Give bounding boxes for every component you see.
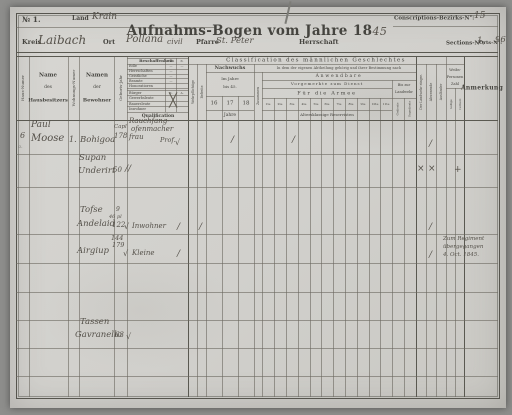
class-label: 5te	[313, 102, 318, 105]
grid-vline	[404, 98, 405, 397]
year-value: 179	[112, 241, 124, 249]
age-17: 17	[226, 100, 233, 106]
resident-name: Bohigoa	[80, 135, 115, 145]
qualification-note: Inwohner	[132, 222, 166, 230]
grid-vline	[238, 96, 239, 397]
qual-row2: Bürger	[129, 91, 141, 95]
resident-name: Tofse	[80, 205, 103, 215]
nachwuchs-bis45: bis 45.	[223, 85, 237, 89]
qualification-note: Kleine	[132, 249, 155, 257]
qual-dash: —	[169, 74, 172, 77]
class-label: 11te	[383, 102, 390, 105]
landwehr-sub-2: Ungediente	[408, 101, 411, 118]
scanned-census-sheet: № 1. Land Krain Conscriptions-Bezirks-N°…	[0, 0, 512, 415]
qual-zahl: Zahl	[167, 59, 174, 62]
nachwuchs-header: Nachwuchs	[215, 65, 246, 70]
qual-a: A.	[180, 91, 183, 94]
weiber-header-2: Personen	[447, 75, 463, 79]
col-bewohner-1: Namen	[86, 72, 108, 78]
grid-vline	[416, 56, 417, 397]
grid-vline	[274, 98, 275, 397]
grid-vline	[188, 56, 189, 397]
nachwuchs-jahre: Jahre	[224, 113, 236, 118]
class-label: 4te	[302, 102, 307, 105]
tally-slash: ∕	[429, 250, 432, 260]
tally-check: √	[175, 138, 180, 147]
qual-row2: Inwohner	[129, 107, 146, 111]
land-value: Krain	[92, 12, 117, 22]
ort-label: Ort	[103, 39, 115, 46]
resident-name: Supan	[79, 153, 106, 163]
col-befreite: Befreite	[200, 85, 204, 98]
grid-hline	[206, 96, 254, 97]
col-abwesende: Abwesende	[429, 83, 433, 102]
resident-name: Airgiup	[77, 246, 109, 256]
tally-slash: ∕	[231, 135, 234, 145]
margin-note-line2: übergegangen	[443, 244, 483, 250]
weiber-sub-verheir: verheir.	[458, 98, 461, 110]
weiber-header-1: Weibs-	[449, 68, 461, 72]
grid-vline	[392, 80, 393, 397]
class-label: 10te	[371, 102, 378, 105]
grid-vline	[357, 98, 358, 397]
grid-hline	[393, 26, 498, 27]
grid-hline	[16, 187, 498, 188]
tally-slash: ∕	[199, 222, 202, 232]
qualification-note-3: frau	[129, 133, 144, 141]
resident-name: Tassen	[80, 317, 109, 327]
age-18: 18	[242, 100, 249, 106]
owner-name-line2: Moose	[31, 133, 64, 144]
grid-hline	[262, 110, 392, 111]
qual-row: Edle	[129, 64, 137, 68]
class-label: 6te	[325, 102, 330, 105]
weiber-header-3: Zahl	[451, 82, 459, 86]
qual-cross-mark: ╳	[169, 94, 177, 109]
qual-dash: —	[169, 65, 172, 68]
grid-hline	[206, 110, 254, 111]
qual-row: Herrschaften	[129, 69, 153, 73]
year-value: 63	[115, 331, 124, 339]
grid-hline	[206, 72, 416, 73]
qual-row2: Gewerbsleute	[129, 96, 154, 100]
tally-check: √	[123, 249, 128, 258]
col-owner-3: Hausbesitzers	[28, 97, 68, 103]
weiber-sub-ledige: ledige	[449, 99, 452, 108]
land-label: Land	[72, 15, 89, 22]
qualification-note-4: Prof.	[160, 136, 176, 144]
dwelling-number: 1.	[69, 135, 77, 144]
tally-plus: +	[454, 165, 462, 175]
grid-vline	[464, 56, 465, 397]
grid-hline	[16, 376, 498, 377]
grid-vline	[333, 98, 334, 397]
grid-vline	[286, 98, 287, 397]
resident-name: Andelaid	[77, 219, 115, 229]
tally-slash: ∕	[177, 249, 180, 259]
class-label: 3te	[290, 102, 295, 105]
qualification-note-2: ofenmacher	[131, 125, 173, 133]
margin-note-line1: Zum Regiment	[443, 236, 484, 242]
qualification-note-1: Rauchfang-	[129, 117, 170, 125]
tally-check: √	[124, 222, 129, 231]
grid-vline	[321, 98, 322, 397]
class-label: 7te	[337, 102, 342, 105]
qual-dash: —	[169, 79, 172, 82]
grid-hline	[16, 120, 498, 121]
qual-fl: fl.	[181, 59, 184, 62]
grid-vline	[369, 98, 370, 397]
house-letter: a.	[18, 144, 23, 150]
landwehr-header-2: Landwehr	[395, 90, 413, 94]
anmerkung-header: Anmerkung	[461, 85, 503, 92]
grid-vline	[68, 56, 69, 397]
age-16: 16	[210, 100, 217, 106]
grid-vline	[298, 98, 299, 397]
class-label: 9te	[361, 102, 366, 105]
col-owner-1: Name	[39, 72, 57, 78]
grid-vline	[29, 56, 30, 397]
grid-hline	[127, 88, 188, 89]
tally-slash: ∕	[429, 222, 432, 232]
col-bewohner-2: der	[93, 85, 101, 90]
tally-double-slash: ∕∕	[125, 164, 131, 174]
form-title: Aufnahms-Bogen vom Jahre 1845	[127, 23, 388, 39]
qual-row: Beamte	[129, 79, 143, 83]
resident-name: Underirt	[78, 166, 115, 176]
kreis-value: Laibach	[38, 33, 86, 47]
orts-value: 96	[495, 35, 506, 45]
reservisten-header: Altersklassige Reservisten	[300, 113, 354, 117]
qual-row: Geistliche	[129, 74, 147, 78]
grid-hline	[16, 52, 498, 53]
grid-vline	[345, 98, 346, 397]
year-value: 178	[114, 132, 127, 140]
col-zusammen: Zusammen	[256, 87, 260, 105]
class-label: 2te	[278, 102, 283, 105]
qual-dash: —	[181, 65, 184, 68]
tally-slash: ∕	[177, 222, 180, 232]
tally-cross: ×	[417, 164, 425, 174]
armee-header: Für die Armee	[297, 90, 356, 96]
conscription-label: Conscriptions-Bezirks-N°:	[394, 15, 474, 21]
col-bewohner-3: Bewohner	[82, 97, 110, 103]
ort-value-suffix: civil	[167, 37, 183, 46]
grid-hline	[16, 292, 498, 293]
grid-vline	[310, 98, 311, 397]
grid-vline	[446, 56, 447, 397]
col-geburtsjahr: Geburts-Jahr	[118, 75, 122, 101]
grid-hline	[16, 263, 498, 264]
form-number: № 1.	[22, 15, 41, 24]
col-wehrpflichtige: Wehrpflichtige	[191, 80, 195, 104]
class-label: 1te	[266, 102, 271, 105]
ort-value: Pollana	[126, 34, 163, 45]
grid-hline	[16, 348, 498, 349]
grid-vline	[380, 98, 381, 397]
herrschaft-label: Herrschaft	[299, 39, 338, 46]
pfarre-value: St. Peter	[216, 36, 254, 46]
tally-check: √	[126, 332, 131, 341]
landwehr-header-1: Bis zur	[398, 83, 410, 87]
vorgemerkte-header: Vorgemerkte zum Dienst	[291, 82, 363, 86]
year-note-small: 9	[116, 206, 120, 213]
tally-slash: ∕	[429, 139, 432, 149]
indem-header: In dem der eigenen Abtheilung gehörig un…	[277, 66, 401, 70]
qual-dash: —	[169, 70, 172, 73]
tally-slash: ∕	[292, 135, 295, 145]
year-value: 50	[113, 166, 122, 174]
grid-vline	[222, 96, 223, 397]
tally-cross: ×	[428, 164, 436, 174]
col-landwehr-eing: Der Landwehr einger.	[419, 74, 423, 110]
col-auslaender: Ausländer	[439, 84, 443, 100]
qual-row: Honoratioren	[129, 84, 153, 88]
year-note-small: Capl	[114, 124, 127, 130]
house-number: 6	[20, 131, 25, 140]
qual-row2: Bauersleute	[129, 102, 150, 106]
grid-hline	[262, 88, 392, 89]
anwendbare-header: Anwendbare	[316, 74, 363, 79]
grid-hline	[16, 234, 498, 235]
conscription-value: 15	[474, 11, 485, 21]
form-title-year: 45	[372, 25, 387, 38]
landwehr-sub-1: Gediente	[396, 103, 399, 116]
grid-vline	[165, 58, 166, 112]
margin-note-line3: 4. Oct. 1845.	[443, 252, 479, 258]
class-label: 8te	[349, 102, 354, 105]
classification-title: Classification des männlichen Geschlecht…	[226, 57, 406, 63]
owner-name-line1: Paul	[31, 120, 51, 130]
col-haus-nr: Haus-Numer	[20, 75, 24, 101]
col-wohnung-nr: Wohnungs-Numer	[71, 70, 75, 107]
grid-hline	[262, 98, 416, 99]
grid-vline	[455, 88, 456, 397]
nachwuchs-imjahre: Im Jahre	[221, 77, 238, 81]
col-owner-2: des	[44, 85, 52, 90]
